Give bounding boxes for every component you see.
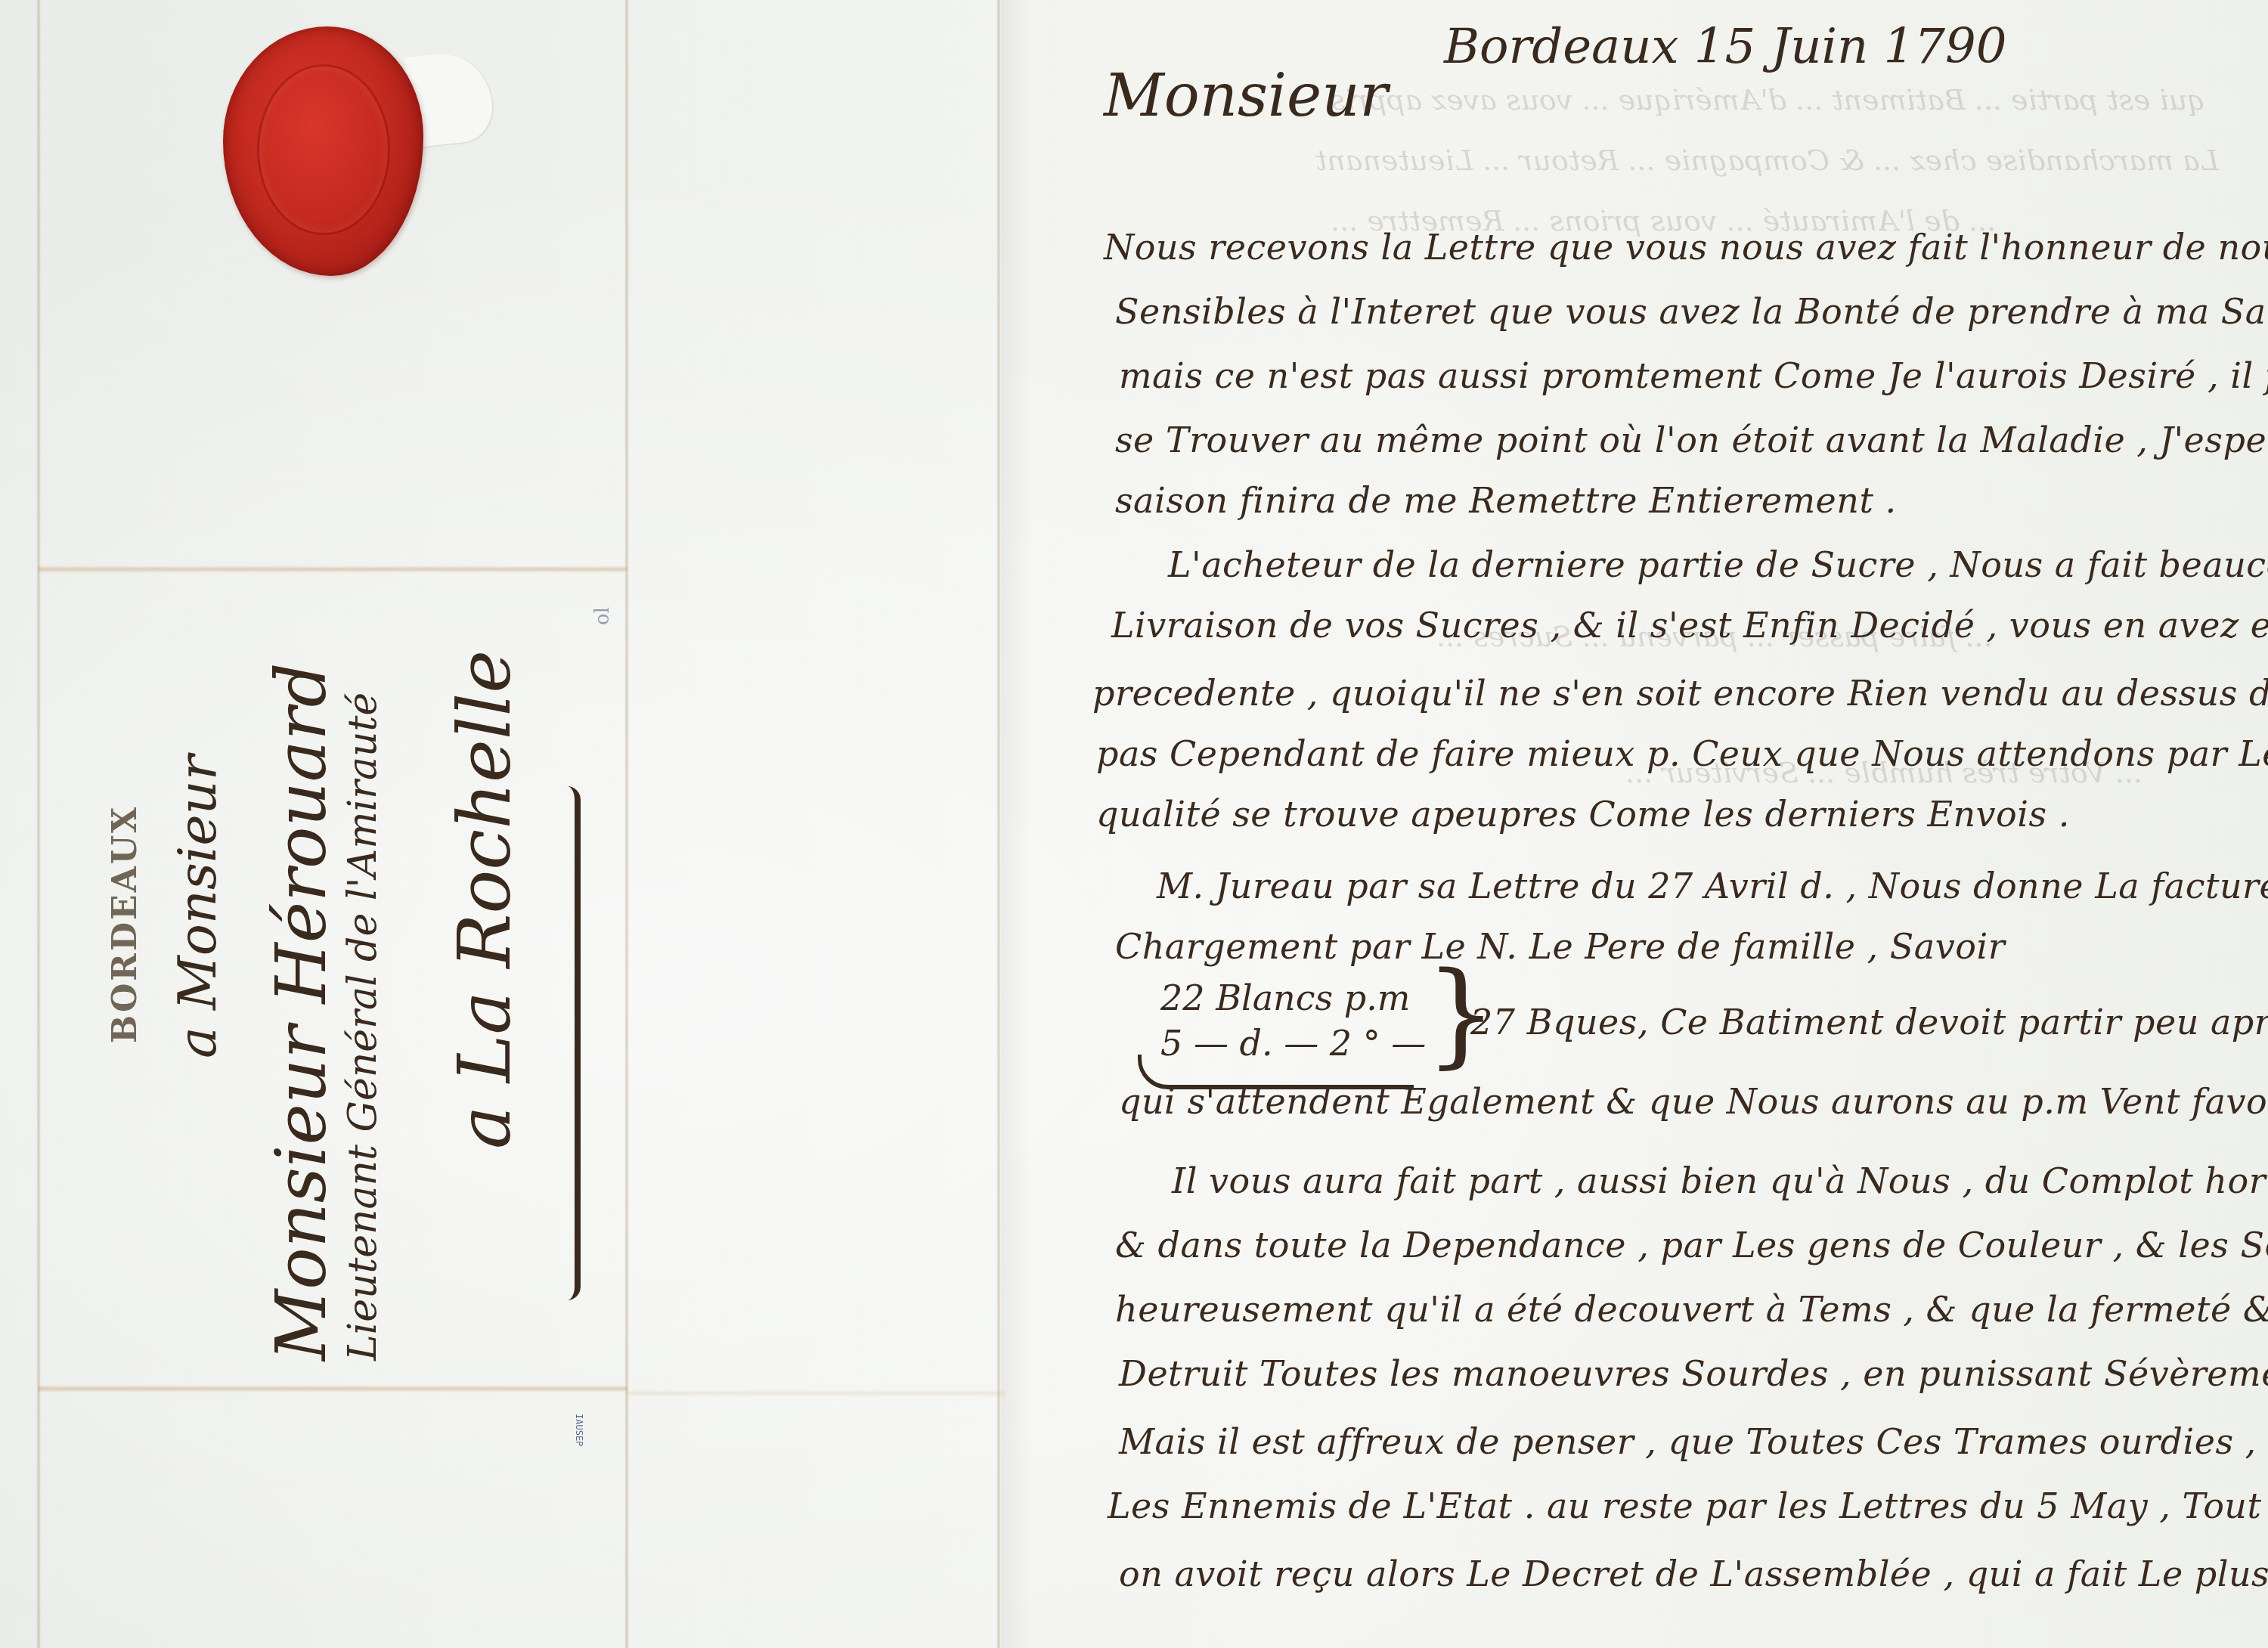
letter-line: qualité se trouve apeupres Come les dern…: [1096, 794, 2070, 835]
letter-line: Chargement par Le N. Le Pere de famille …: [1115, 926, 2005, 967]
address-recipient-title: Lieutenant Général de l'Amirauté: [340, 692, 386, 1361]
pencil-note: ol: [591, 607, 614, 625]
letter-line: se Trouver au même point où l'on étoit a…: [1115, 420, 2268, 460]
letter-line: & dans toute la Dependance , par Les gen…: [1115, 1225, 2268, 1265]
letter-dateline: Bordeaux 15 Juin 1790: [1444, 19, 2006, 75]
letter-line: Detruit Toutes les manoeuvres Sourdes , …: [1119, 1353, 2268, 1394]
letter-sheet: BORDEAUX a Monsieur Monsieur Hérouard Li…: [0, 0, 2268, 1648]
letter-line: Sensibles à l'Interet que vous avez la B…: [1115, 291, 2268, 332]
letter-line: saison finira de me Remettre Entierement…: [1115, 480, 1897, 521]
letter-line: pas Cependant de faire mieux p. Ceux que…: [1096, 733, 2268, 774]
letter-line: Nous recevons la Lettre que vous nous av…: [1104, 227, 2268, 268]
letter-line: qui s'attendent Egalement & que Nous aur…: [1119, 1081, 2268, 1122]
fold-line-left: [36, 0, 41, 1648]
address-line-1: a Monsieur: [166, 755, 228, 1058]
letter-line: heureusement qu'il a été decouvert à Tem…: [1115, 1289, 2268, 1330]
letter-line: on avoit reçu alors Le Decret de L'assem…: [1119, 1554, 2268, 1594]
letter-line: mais ce n'est pas aussi promtement Come …: [1119, 355, 2268, 396]
postmark-stamp: BORDEAUX: [106, 805, 144, 1043]
address-panel: BORDEAUX a Monsieur Monsieur Hérouard Li…: [83, 575, 658, 1391]
fold-shadow: [1001, 0, 1031, 1648]
bleed-through-line: qui est partie ... Batiment ... d'Amériq…: [1331, 83, 2205, 116]
accounting-line-1: 22 Blancs p.m: [1160, 975, 1426, 1021]
accounting-entry: 22 Blancs p.m 5 — d. — 2 ° —: [1160, 975, 1426, 1066]
letter-salutation: Monsieur: [1104, 62, 1388, 130]
archival-stamp: IAUSEP: [574, 1414, 584, 1446]
letter-line: L'acheteur de la derniere partie de Sucr…: [1168, 544, 2268, 585]
letter-line: Livraison de vos Sucres , & il s'est Enf…: [1111, 605, 2268, 646]
fold-line-lower-mid: [627, 1389, 1005, 1397]
accounting-continuation: Ce Batiment devoit partir peu apres , av…: [1660, 1002, 2268, 1042]
seal-emblem-icon: [257, 64, 390, 235]
address-flourish: [567, 786, 581, 1300]
address-destination: a La Rochelle: [442, 650, 527, 1149]
wax-seal: [223, 26, 423, 276]
fold-line-upper: [38, 565, 627, 573]
letter-line: Les Ennemis de L'Etat . au reste par les…: [1108, 1485, 2268, 1526]
address-recipient-name: Monsieur Hérouard: [261, 663, 342, 1361]
accounting-total-value: 27 Bques: [1470, 1002, 1637, 1042]
letter-line: Il vous aura fait part , aussi bien qu'à…: [1172, 1160, 2268, 1201]
letter-line: precedente , quoiqu'il ne s'en soit enco…: [1092, 669, 2268, 716]
letter-line: Mais il est affreux de penser , que Tout…: [1119, 1421, 2268, 1462]
accounting-total: 27 Bques, Ce Batiment devoit partir peu …: [1470, 1002, 2268, 1042]
bleed-through-line: La marchandise chez ... & Compagnie ... …: [1315, 144, 2219, 177]
letter-line: M. Jureau par sa Lettre du 27 Avril d. ,…: [1157, 866, 2268, 906]
